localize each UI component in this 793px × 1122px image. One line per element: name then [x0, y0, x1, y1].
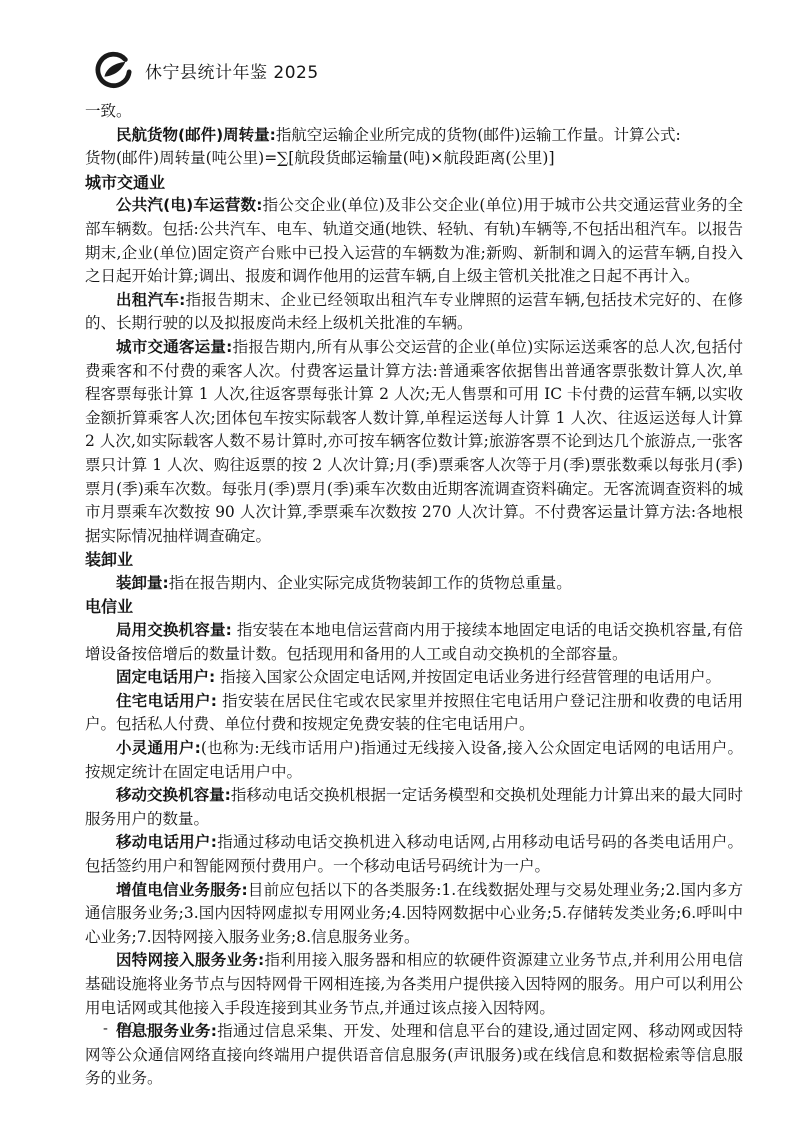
term-label: 固定电话用户:	[116, 668, 215, 686]
yearbook-swirl-logo-icon	[94, 51, 132, 89]
term-residential-phone-users: 住宅电话用户: 指安装在居民住宅或农民家里并按照住宅电话用户登记注册和收费的电话…	[85, 690, 743, 737]
term-public-bus-fleet-count: 公共汽(电)车运营数:指公交企业(单位)及非公交企业(单位)用于城市公共交通运营…	[85, 194, 743, 288]
term-taxi: 出租汽车:指报告期末、企业已经领取出租汽车专业牌照的运营车辆,包括技术完好的、在…	[85, 289, 743, 336]
term-label: 移动电话用户:	[116, 833, 217, 851]
term-definition: 指航空运输企业所完成的货物(邮件)运输工作量。计算公式:	[276, 126, 681, 144]
term-label: 装卸量:	[116, 574, 169, 592]
yearbook-title: 休宁县统计年鉴 2025	[145, 58, 319, 83]
term-urban-transport-passenger-volume: 城市交通客运量:指报告期内,所有从事公交运营的企业(单位)实际运送乘客的总人次,…	[85, 336, 743, 548]
term-label: 出租汽车:	[116, 291, 185, 309]
section-heading-loading-unloading: 装卸业	[85, 548, 743, 572]
term-loading-unloading-volume: 装卸量:指在报告期内、企业实际完成货物装卸工作的货物总重量。	[85, 572, 743, 596]
term-civil-aviation-freight-turnover: 民航货物(邮件)周转量:指航空运输企业所完成的货物(邮件)运输工作量。计算公式:	[85, 124, 743, 148]
term-information-service: 信息服务业务:指通过信息采集、开发、处理和信息平台的建设,通过固定网、移动网或因…	[85, 1020, 743, 1091]
term-definition: 指报告期内,所有从事公交运营的企业(单位)实际运送乘客的总人次,包括付费乘客和不…	[85, 338, 743, 545]
yearbook-document-page: 休宁县统计年鉴 2025 一致。 民航货物(邮件)周转量:指航空运输企业所完成的…	[0, 0, 793, 1122]
term-definition: 指在报告期内、企业实际完成货物装卸工作的货物总重量。	[169, 574, 572, 592]
continuation-line: 一致。	[85, 100, 743, 124]
term-label: 住宅电话用户:	[116, 692, 217, 710]
document-body: 一致。 民航货物(邮件)周转量:指航空运输企业所完成的货物(邮件)运输工作量。计…	[85, 100, 743, 1091]
term-label: 城市交通客运量:	[116, 338, 232, 356]
term-label: 公共汽(电)车运营数:	[116, 196, 262, 214]
page-header: 休宁县统计年鉴 2025	[94, 51, 319, 89]
term-internet-access-service: 因特网接入服务业务:指利用接入服务器和相应的软硬件资源建立业务节点,并利用公用电…	[85, 949, 743, 1020]
term-label: 因特网接入服务业务:	[116, 951, 264, 969]
term-label: 民航货物(邮件)周转量:	[116, 126, 276, 144]
term-label: 小灵通用户:	[116, 739, 201, 757]
term-label: 移动交换机容量:	[116, 786, 231, 804]
section-heading-urban-transport: 城市交通业	[85, 171, 743, 195]
term-label: 增值电信业务服务:	[116, 881, 248, 899]
term-mobile-phone-users: 移动电话用户:指通过移动电话交换机进入移动电话网,占用移动电话号码的各类电话用户…	[85, 831, 743, 878]
term-value-added-telecom-services: 增值电信业务服务:目前应包括以下的各类服务:1.在线数据处理与交易处理业务;2.…	[85, 879, 743, 950]
term-mobile-switch-capacity: 移动交换机容量:指移动电话交换机根据一定话务模型和交换机处理能力计算出来的最大同…	[85, 784, 743, 831]
page-number: - 90 -	[103, 1021, 152, 1037]
term-pcs-xiaolingtong-users: 小灵通用户:(也称为:无线市话用户)指通过无线接入设备,接入公众固定电话网的电话…	[85, 737, 743, 784]
term-fixed-phone-users: 固定电话用户: 指接入国家公众固定电话网,并按固定电话业务进行经营管理的电话用户…	[85, 666, 743, 690]
freight-turnover-formula: 货物(邮件)周转量(吨公里)=∑[航段货邮运输量(吨)×航段距离(公里)]	[85, 147, 743, 171]
page-footer: - 90 -	[103, 1021, 152, 1037]
term-definition: 指接入国家公众固定电话网,并按固定电话业务进行经营管理的电话用户。	[215, 668, 721, 686]
section-heading-telecom: 电信业	[85, 595, 743, 619]
term-label: 局用交换机容量:	[116, 621, 232, 639]
term-local-exchange-capacity: 局用交换机容量: 指安装在本地电信运营商内用于接续本地固定电话的电话交换机容量,…	[85, 619, 743, 666]
